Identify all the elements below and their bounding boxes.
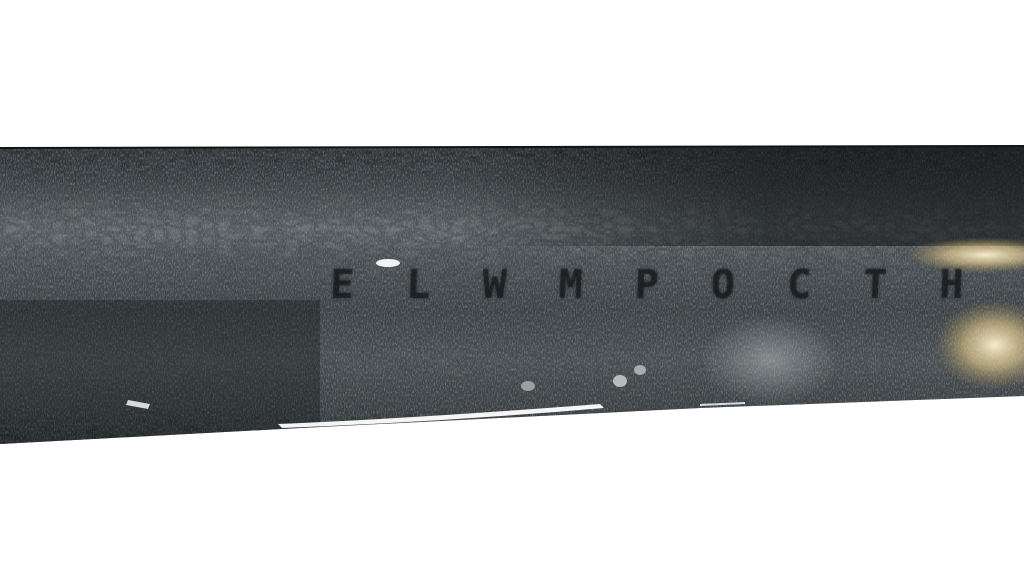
blade-photo <box>0 0 1024 584</box>
